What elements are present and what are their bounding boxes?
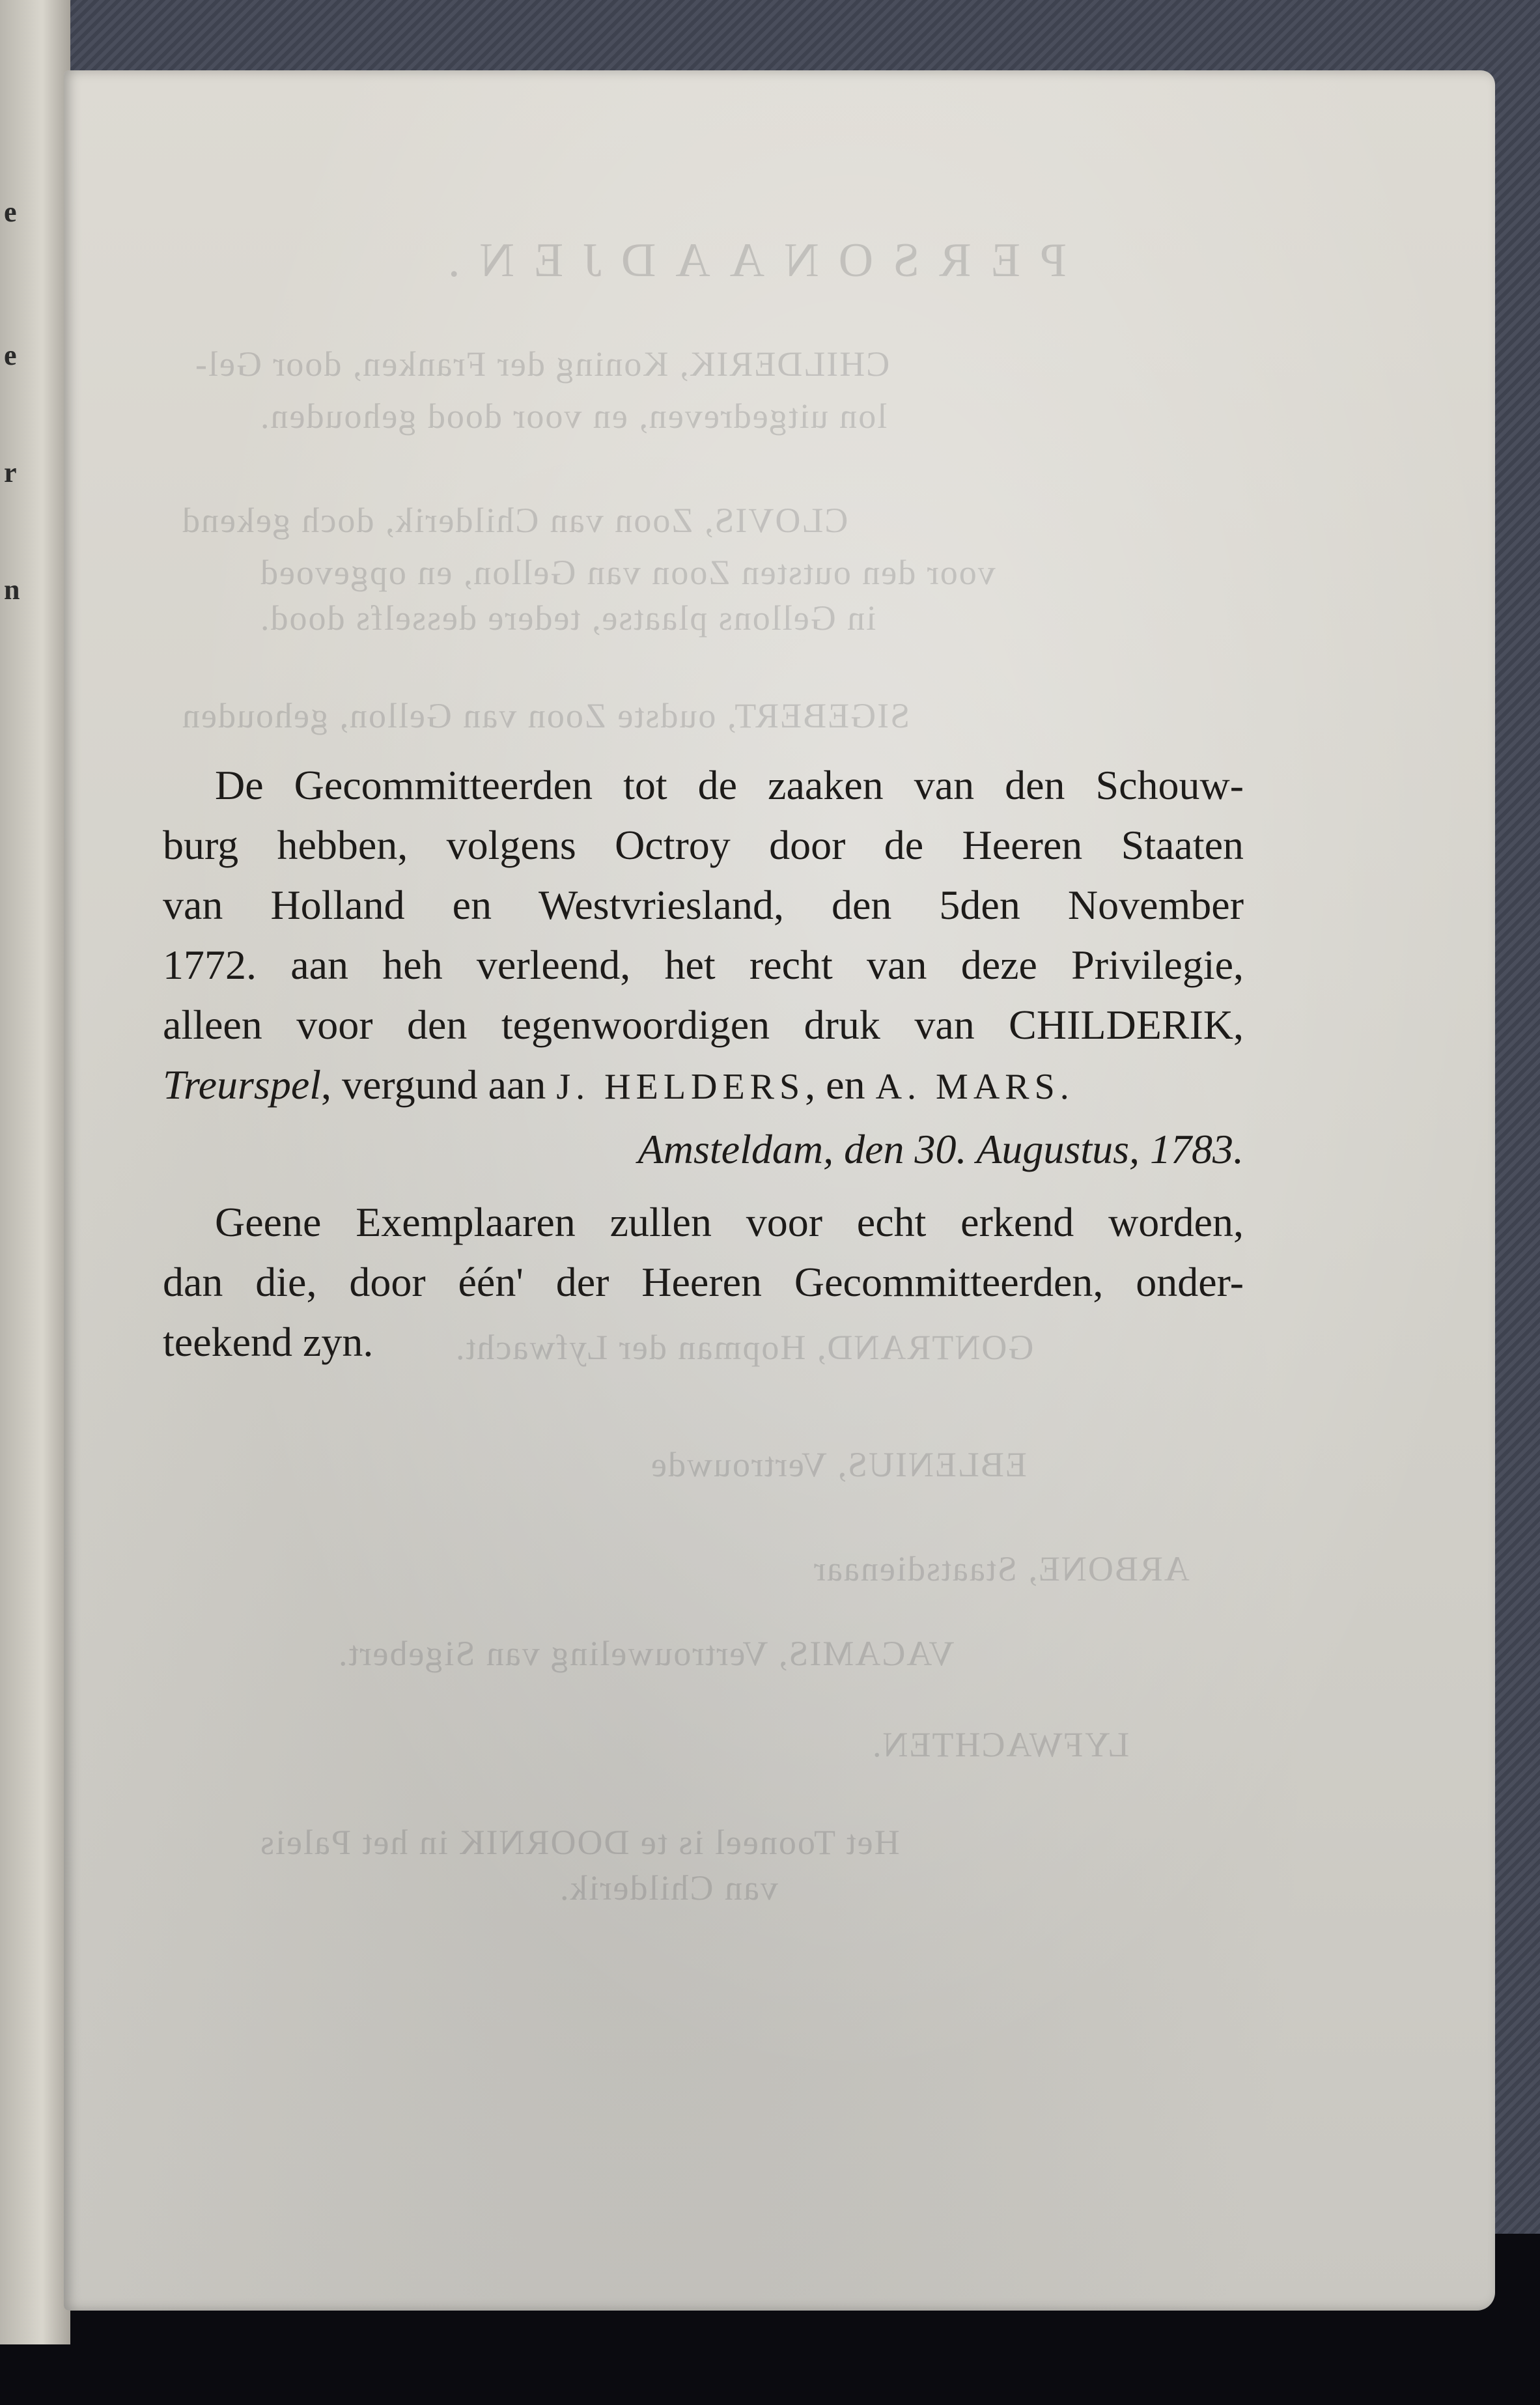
privilege-line: burg hebben, volgens Octroy door de Heer… [163, 815, 1244, 875]
genre-label: Treurspel [163, 1062, 321, 1108]
bleed-through-line: SIGEBERT, oudste Zoon van Gellon, gehoud… [181, 696, 910, 736]
privilege-line: 1772. aan heh verleend, het recht van de… [163, 935, 1244, 995]
privilege-line: van Holland en Westvriesland, den 5den N… [163, 875, 1244, 935]
bleed-through-line: CLOVIS, Zoon van Childerik, doch gekend [181, 500, 848, 541]
privilege-text: , en [805, 1062, 875, 1108]
authenticity-line: teekend zyn. [163, 1312, 1244, 1372]
facing-page-letter: e [4, 339, 17, 372]
bleed-through-line: Het Tooneel is te DOORNIK in het Paleis [259, 1822, 900, 1863]
privilege-line: alleen voor den tegenwoordigen druk van … [163, 995, 1244, 1055]
bleed-through-line: EBLENIUS, Vertrouwde [650, 1444, 1027, 1485]
authenticity-line: Geene Exemplaaren zullen voor echt erken… [163, 1192, 1244, 1252]
bleed-through-line: ARBONE, Staatsdienaar [813, 1549, 1190, 1589]
printed-text: De Gecommitteerden tot de zaaken van den… [163, 755, 1244, 1372]
dateline: Amsteldam, den 30. Augustus, 1783. [163, 1119, 1244, 1179]
printer-name: A. MARS. [876, 1067, 1074, 1107]
privilege-text: , vergund aan [321, 1062, 556, 1108]
bleed-through-line: VACAMIS, Vertrouweling van Sigebert. [337, 1633, 954, 1674]
bleed-through-line: in Gellons plaatse, tedere desselfs dood… [259, 598, 876, 638]
facing-page-letter: e [4, 195, 17, 229]
facing-page-edge: e e r n [0, 0, 70, 2344]
authenticity-line: dan die, door één' der Heeren Gecommitte… [163, 1252, 1244, 1312]
privilege-line-final: Treurspel, vergund aan J. HELDERS, en A.… [163, 1055, 1244, 1117]
bleed-through-line: voor den outsten Zoon van Gellon, en opg… [259, 552, 996, 593]
bleed-through-line: van Childerik. [559, 1868, 778, 1908]
printer-name: J. HELDERS [556, 1067, 805, 1107]
privilege-line: De Gecommitteerden tot de zaaken van den… [163, 755, 1244, 815]
bleed-through-line: CHILDERIK, Koning der Franken, door Gel- [194, 344, 889, 384]
bleed-through-title: PERSONAADJEN. [428, 233, 1067, 288]
bleed-through-line: LYFWACHTEN. [871, 1724, 1129, 1765]
facing-page-letter: n [4, 573, 20, 606]
bleed-through-line: lon uitgedreven, en voor dood gehouden. [259, 396, 887, 436]
facing-page-letter: r [4, 456, 17, 489]
